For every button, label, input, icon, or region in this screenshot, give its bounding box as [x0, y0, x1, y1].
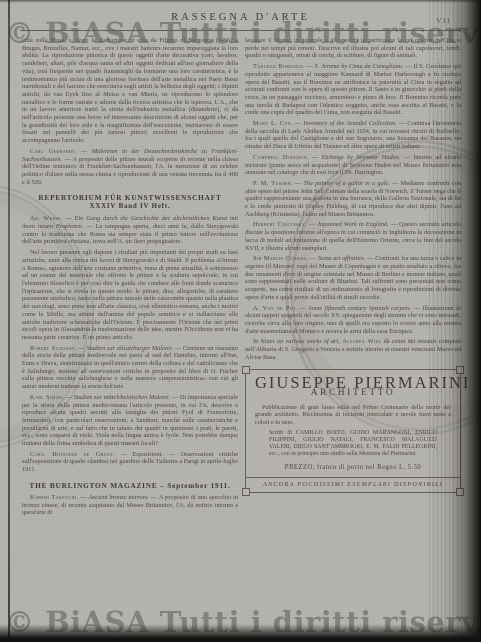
author-name: Corn. Hofstede de Groot — [30, 451, 113, 458]
author-name: A. Van de Put — [253, 305, 296, 312]
article-title: Inventory of the Arundel Collection. — [303, 120, 396, 127]
text-run: . — — [113, 451, 132, 458]
article-title: Some art affinities. — [318, 255, 366, 262]
ad-title: GIUSEPPE PIERMARINI — [255, 379, 451, 387]
review-paragraph: Nel lavoro presente egli depone i risult… — [22, 249, 238, 341]
review-paragraph: città sulla Mosa, e, dopo la distruzione… — [22, 37, 238, 145]
ad-description: Pubblicazione di gran lusso edita nel Pr… — [255, 404, 451, 426]
article-title: S. Jerome by Cima da Conegliano. — [315, 63, 404, 70]
article-title: The painter of a galiot in a gale. — [303, 180, 389, 187]
author-name: Tancred Borenius — [253, 63, 303, 70]
ad-frame-corner — [242, 488, 250, 496]
author-name: Ad. Weese — [30, 215, 61, 222]
author-name: Herbert Cescinsky — [253, 221, 305, 228]
author-name: Alethea Wiel — [342, 338, 381, 345]
ad-availability-note: ANCORA POCHISSIMI ESEMPLARI DISPONIBILI — [255, 478, 451, 493]
review-paragraph: Korehi Takeychi. — Ancient bronze mirror… — [22, 494, 238, 517]
scanned-journal-page: © BiASA Tutti i diritti riservati RASSEG… — [0, 0, 481, 642]
scan-edge-top — [0, 0, 481, 3]
section-heading: REPERTORIUM FÜR KUNSTWISSENSCHAFTXXXIV B… — [22, 193, 238, 211]
text-run: . — — [62, 394, 73, 401]
ad-frame-corner — [242, 366, 250, 374]
author-name: Korehi Takeychi — [30, 494, 76, 501]
article-title: Studien zur altsalzburger Malerei. — [86, 345, 173, 352]
ad-contributors: Scritti di CAMILLO BOITO, GUIDO MARANGON… — [269, 430, 437, 458]
article-title: Japanned Work in England. — [317, 221, 389, 228]
text-run: — Di importanza speciale per la storia d… — [22, 394, 238, 447]
text-run: . — — [303, 63, 315, 70]
article-title: Some fifteenth century Spanish carpets. — [308, 305, 411, 312]
text-run: . — — [296, 305, 309, 312]
left-column: città sulla Mosa, e, dopo la distruzione… — [22, 37, 238, 517]
text-run: . — — [75, 345, 86, 352]
text-run: . — — [291, 180, 303, 187]
review-paragraph: Corn. Hofstede de Groot. — Esposizioni. … — [22, 451, 238, 474]
text-run: . — — [75, 148, 92, 155]
author-name: Campbell Dodgson — [253, 154, 307, 161]
article-title: Studien zur mittelrheinischen Malerei. — [74, 394, 171, 401]
author-name: Sir Martin Conway — [253, 255, 307, 262]
section-heading-line: XXXIV Band IV Heft. — [22, 202, 238, 211]
author-name: Mary L. Cox — [253, 120, 291, 127]
article-title: Ancient bronze mirrors. — [88, 494, 149, 501]
article-title: Etchings by Seymour Haden. — [322, 154, 401, 161]
text-run: città sulla Mosa, e, dopo la distruzione… — [22, 37, 238, 144]
text-run: . — — [76, 494, 88, 501]
copyright-watermark-top: © BiASA Tutti i diritti riservati — [5, 16, 481, 50]
section-heading-line: REPERTORIUM FÜR KUNSTWISSENSCHAFT — [22, 193, 238, 202]
text-run: . — — [61, 215, 75, 222]
article-title: Esposizioni. — [132, 451, 163, 458]
author-name: P. M. Turner — [253, 180, 291, 187]
review-paragraph: Robert Stiassny. — Studien zur altsalzbu… — [22, 345, 238, 391]
section-heading: THE BURLINGTON MAGAZINE – September 1911… — [22, 481, 238, 490]
article-title: Notes on various works of art — [260, 338, 338, 345]
author-name: Karl Simon — [30, 394, 62, 401]
author-name: Carl Gebhardt — [30, 148, 75, 155]
review-paragraph: Ad. Weese. — Ein Gang durch die Geschich… — [22, 215, 238, 246]
author-name: Robert Stiassny — [30, 345, 75, 352]
book-gutter-line — [8, 0, 10, 642]
review-paragraph: Karl Simon. — Studien zur mittelrheinisc… — [22, 394, 238, 448]
text-run: — Contiene un riassunto della storia del… — [22, 345, 238, 391]
text-run: . — — [291, 120, 303, 127]
text-run: . — — [307, 154, 322, 161]
review-paragraph: Carl Gebhardt. — Malereien in der Deutsc… — [22, 148, 238, 187]
scan-edge-bottom — [0, 624, 481, 642]
text-run: . — — [305, 221, 317, 228]
ad-price-line: PREZZO, franco di porto nel Regno L. 5.5… — [255, 464, 451, 472]
text-run: Nel lavoro presente egli depone i risult… — [22, 249, 238, 341]
scan-edge-right — [429, 0, 481, 642]
text-run: . — — [307, 255, 318, 262]
section-heading-line: THE BURLINGTON MAGAZINE – September 1911… — [22, 481, 238, 490]
